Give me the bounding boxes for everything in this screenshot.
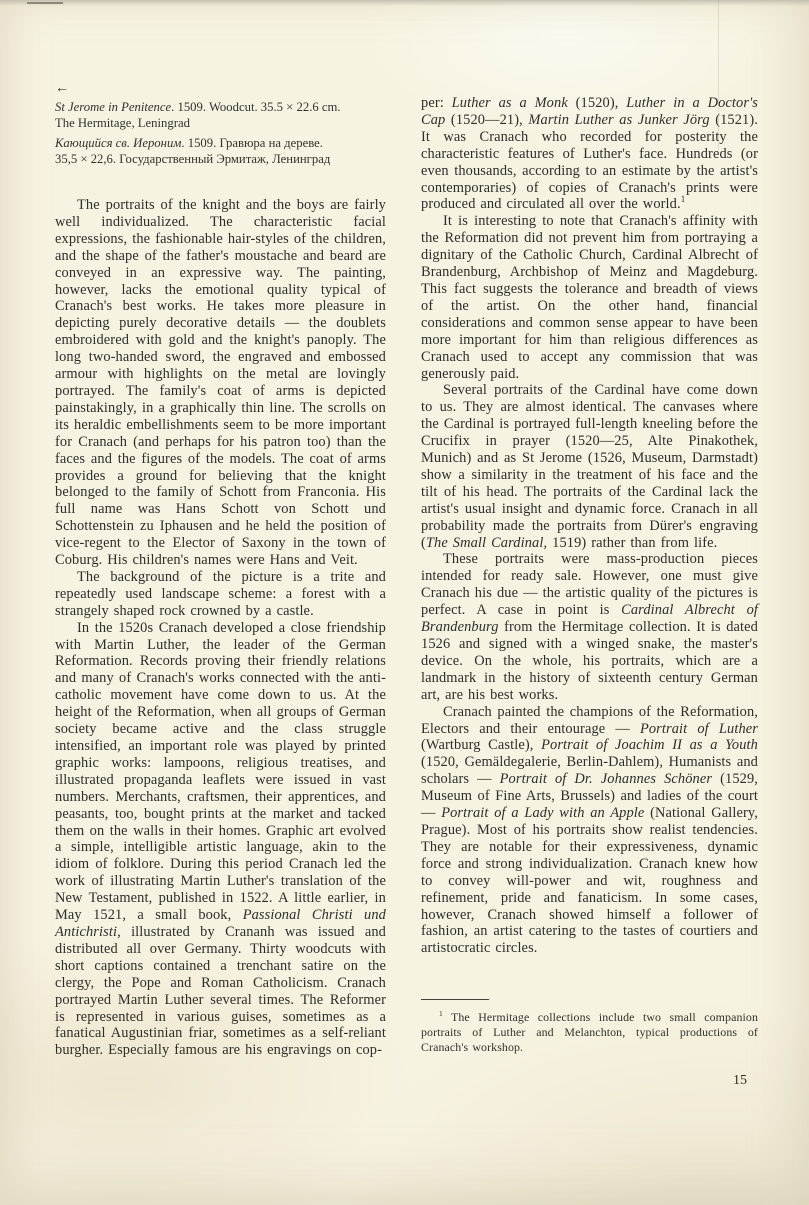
caption-english: St Jerome in Penitence. 1509. Woodcut. 3… xyxy=(55,100,405,131)
italic-text: Portrait of Luther xyxy=(640,721,758,737)
footnote-reference: 1 xyxy=(681,195,686,205)
text: (National Gallery, Prague). Most of his … xyxy=(421,805,758,956)
footnote-divider xyxy=(421,999,489,1000)
italic-text: Кающийся св. Иероним xyxy=(55,136,181,150)
text: In the 1520s Cranach developed a close f… xyxy=(55,620,386,923)
text: (1520—21), xyxy=(445,112,528,128)
italic-text: Luther as a Monk xyxy=(452,95,568,111)
page-number: 15 xyxy=(733,1073,747,1089)
text: . 1509. Гравюра на дереве. xyxy=(181,136,323,150)
text: The Hermitage collections include two sm… xyxy=(421,1010,758,1054)
caption-russian: Кающийся св. Иероним. 1509. Гравюра на д… xyxy=(55,136,405,167)
italic-text: Portrait of Joachim II as a Youth xyxy=(541,737,758,753)
scan-edge-top xyxy=(0,0,809,6)
text: per: xyxy=(421,95,452,111)
text: The Hermitage, Leningrad xyxy=(55,116,190,130)
footnote: 1 The Hermitage collections include two … xyxy=(421,1010,758,1055)
figure-caption: ← St Jerome in Penitence. 1509. Woodcut.… xyxy=(55,82,405,167)
paragraph: It is interesting to note that Cranach's… xyxy=(421,213,758,382)
text-column-left: The portraits of the knight and the boys… xyxy=(55,197,386,1059)
italic-text: The Small Cardinal xyxy=(426,535,544,551)
book-page: ← St Jerome in Penitence. 1509. Woodcut.… xyxy=(0,0,809,1205)
paragraph: per: Luther as a Monk (1520), Luther in … xyxy=(421,95,758,213)
text: It is interesting to note that Cranach's… xyxy=(421,213,758,381)
text: (1520), xyxy=(568,95,626,111)
text: (Wartburg Castle), xyxy=(421,737,541,753)
paragraph: The Hermitage, Leningrad xyxy=(55,116,405,132)
paragraph: Кающийся св. Иероним. 1509. Гравюра на д… xyxy=(55,136,405,152)
paragraph: The portraits of the knight and the boys… xyxy=(55,197,386,569)
paragraph: The background of the picture is a trite… xyxy=(55,569,386,620)
text: . 1509. Woodcut. 35.5 × 22.6 cm. xyxy=(171,100,340,114)
italic-text: St Jerome in Penitence xyxy=(55,100,171,114)
text: , 1519) rather than from life. xyxy=(544,535,718,551)
paragraph: These portraits were mass-production pie… xyxy=(421,551,758,703)
scan-artifact-line xyxy=(27,2,63,4)
paragraph: In the 1520s Cranach developed a close f… xyxy=(55,620,386,1060)
paragraph: Cranach painted the champions of the Ref… xyxy=(421,704,758,958)
caption-arrow-icon: ← xyxy=(55,82,405,96)
paragraph: 35,5 × 22,6. Государственный Эрмитаж, Ле… xyxy=(55,152,405,168)
italic-text: Portrait of a Lady with an Apple xyxy=(441,805,644,821)
text: The background of the picture is a trite… xyxy=(55,569,386,619)
text: , illustrated by Crananh was issued and … xyxy=(55,924,386,1058)
paragraph: 1 The Hermitage collections include two … xyxy=(421,1010,758,1055)
text: The portraits of the knight and the boys… xyxy=(55,197,386,568)
text-column-right: per: Luther as a Monk (1520), Luther in … xyxy=(421,95,758,957)
footnote-block: 1 The Hermitage collections include two … xyxy=(421,999,758,1055)
italic-text: Martin Luther as Junker Jörg xyxy=(528,112,709,128)
italic-text: Portrait of Dr. Johannes Schöner xyxy=(500,771,712,787)
paragraph: St Jerome in Penitence. 1509. Woodcut. 3… xyxy=(55,100,405,116)
text: Several portraits of the Cardinal have c… xyxy=(421,382,758,550)
text: 35,5 × 22,6. Государственный Эрмитаж, Ле… xyxy=(55,152,330,166)
paragraph: Several portraits of the Cardinal have c… xyxy=(421,382,758,551)
